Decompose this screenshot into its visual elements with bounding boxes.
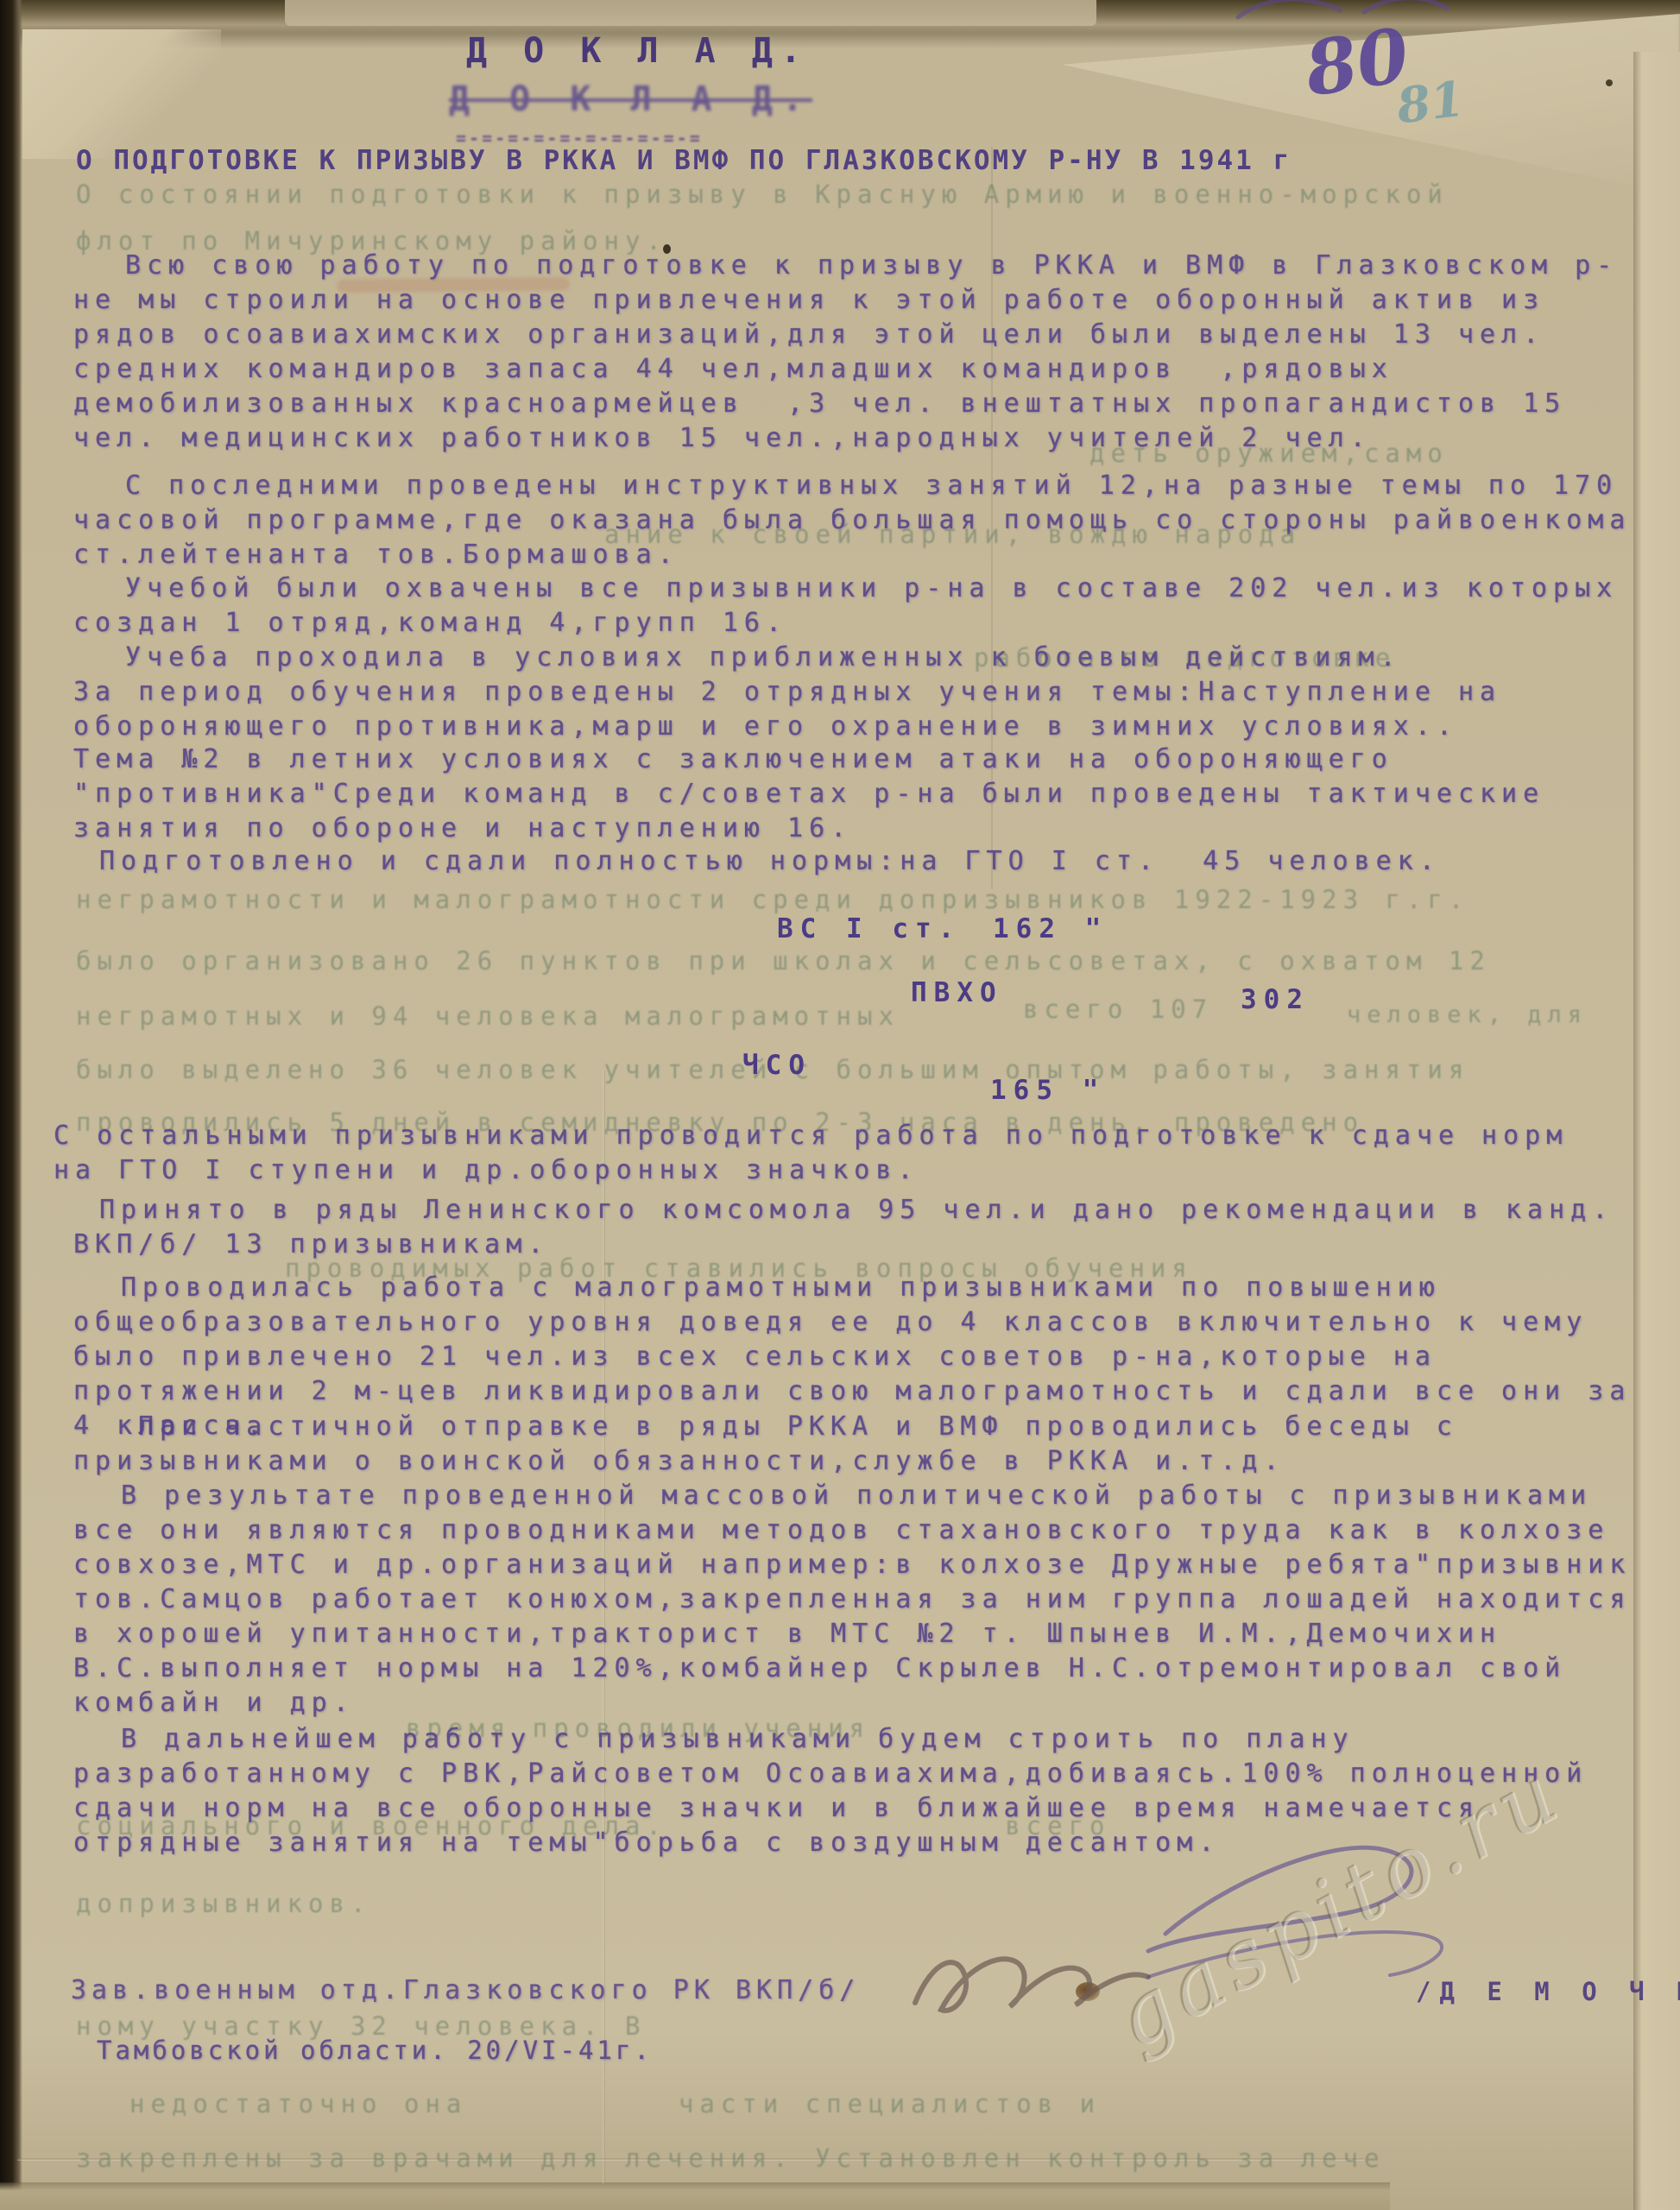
body-paragraph: Тема №2 в летних условиях с заключением … [73, 742, 1643, 846]
ghost-line: неграмотности и малограмотности среди до… [76, 885, 1469, 914]
norm-value: 165 " [990, 1075, 1105, 1106]
norm-value: 302 [1241, 984, 1310, 1015]
body-paragraph: В результате проведенной массовой полити… [73, 1479, 1643, 1721]
ghost-line: человек, для [1347, 1001, 1588, 1028]
body-paragraph: Подготовлено и сдали полностью нормы:на … [73, 844, 1643, 879]
ghost-line: закреплены за врачами для лечения. Устан… [76, 2144, 1386, 2173]
document-subject: О ПОДГОТОВКЕ К ПРИЗЫВУ В РККА И ВМФ ПО Г… [76, 145, 1630, 176]
body-paragraph: С остальными призывниками проводится раб… [54, 1119, 1623, 1188]
ghost-line: всего 107 [1023, 994, 1213, 1024]
norm-label: ВС I ст. [777, 913, 961, 944]
body-paragraph: Принято в ряды Ленинского комсомола 95 ч… [73, 1193, 1643, 1262]
ghost-line: неграмотных и 94 человека малограмотных [76, 1001, 900, 1031]
body-paragraph: Учеба проходила в условиях приближенных … [73, 641, 1643, 675]
document-title-double-strike: Д О К Л А Д. [449, 79, 812, 119]
body-paragraph: За период обучения проведены 2 отрядных … [73, 675, 1643, 744]
body-paragraph: С последними проведены инструктивных зан… [73, 469, 1643, 572]
binding-edge [0, 0, 22, 2210]
ghost-line: О состоянии подготовки к призыву в Красн… [76, 180, 1449, 209]
underlying-sheet-edge [285, 0, 1096, 26]
bottom-paper-edge [0, 2182, 1390, 2210]
scanned-document: 80 81 Д О К Л А Д. Д О К Л А Д. =-=-=-=-… [0, 0, 1680, 2210]
paper-speck [1606, 79, 1613, 86]
document-title: Д О К Л А Д. [466, 31, 809, 71]
ghost-line: недостаточно она части специалистов и [129, 2089, 1101, 2118]
place-date-line: Тамбовской области. 20/VI-41г. [97, 2036, 653, 2065]
folio-number-secondary: 81 [1393, 70, 1467, 135]
body-paragraph: При частичной отправке в ряды РККА и ВМФ… [73, 1410, 1643, 1479]
norm-label: ПВХО [911, 977, 1003, 1008]
signature-typed-name: /Д Е М О Ч И Х И Н/ [1416, 1977, 1680, 2006]
ghost-line: допризывников. [76, 1889, 371, 1918]
norm-label: ЧСО [742, 1050, 812, 1081]
body-paragraph: Учебой были охвачены все призывники р-на… [73, 571, 1643, 641]
paper-fold [22, 29, 221, 159]
body-paragraph: Всю свою работу по подготовке к призыву … [73, 249, 1643, 456]
signature-position-line: Зав.военным отд.Глазковского РК ВКП/б/ [71, 1975, 860, 2005]
ghost-line: было организовано 26 пунктов при школах … [76, 946, 1491, 976]
norm-value: 162 " [993, 913, 1108, 944]
